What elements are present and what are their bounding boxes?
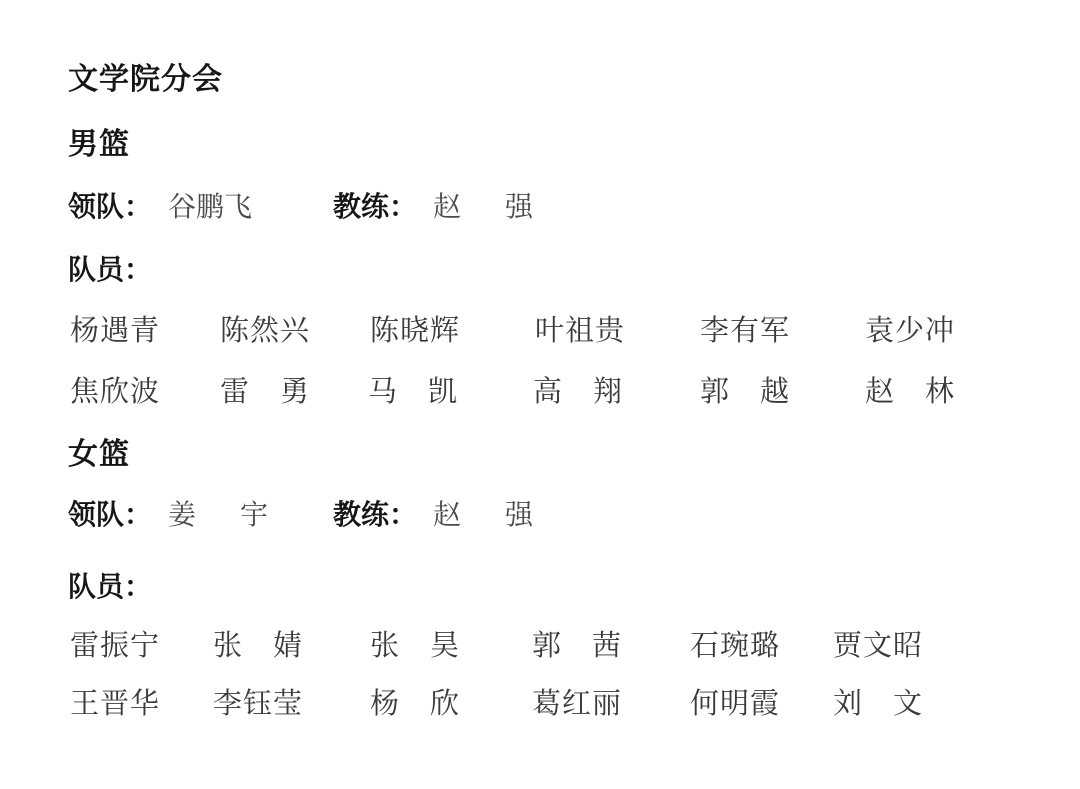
member-name: 石琬璐 (690, 627, 780, 663)
member-name: 贾文昭 (833, 627, 923, 663)
member-name: 郭 茜 (532, 627, 622, 663)
member-name: 张 昊 (370, 627, 460, 663)
member-name: 赵 林 (865, 373, 955, 409)
coach-label: 教练： (333, 190, 417, 224)
member-name: 雷振宁 (70, 627, 160, 663)
member-name: 焦欣波 (70, 373, 160, 409)
member-name: 雷 勇 (220, 373, 310, 409)
members-label: 队员： (68, 570, 152, 604)
member-name: 李钰莹 (213, 685, 303, 721)
member-name: 杨 欣 (370, 685, 460, 721)
member-name: 陈然兴 (220, 312, 310, 348)
member-name: 高 翔 (533, 373, 623, 409)
members-label: 队员： (68, 253, 152, 287)
leader-label: 领队： (68, 190, 152, 224)
leader-name: 姜 宇 (168, 498, 276, 532)
member-name: 张 婧 (213, 627, 303, 663)
member-name: 叶祖贵 (535, 312, 625, 348)
member-name: 马 凯 (368, 373, 458, 409)
member-name: 王晋华 (70, 685, 160, 721)
roster-document: 文学院分会 男篮 领队： 谷鹏飞 教练： 赵 强 队员： 杨遇青 陈然兴 陈晓辉… (0, 0, 1080, 789)
coach-label: 教练： (333, 498, 417, 532)
member-name: 何明霞 (690, 685, 780, 721)
team-name: 男篮 (68, 127, 130, 163)
coach-name: 赵 强 (433, 190, 541, 224)
member-name: 袁少冲 (865, 312, 955, 348)
member-name: 葛红丽 (532, 685, 622, 721)
member-name: 杨遇青 (70, 312, 160, 348)
leader-name: 谷鹏飞 (168, 190, 252, 224)
leader-label: 领队： (68, 498, 152, 532)
member-name: 陈晓辉 (370, 312, 460, 348)
document-title: 文学院分会 (68, 62, 223, 98)
team-name: 女篮 (68, 437, 130, 473)
member-name: 李有军 (700, 312, 790, 348)
member-name: 郭 越 (700, 373, 790, 409)
coach-name: 赵 强 (433, 498, 541, 532)
member-name: 刘 文 (833, 685, 923, 721)
